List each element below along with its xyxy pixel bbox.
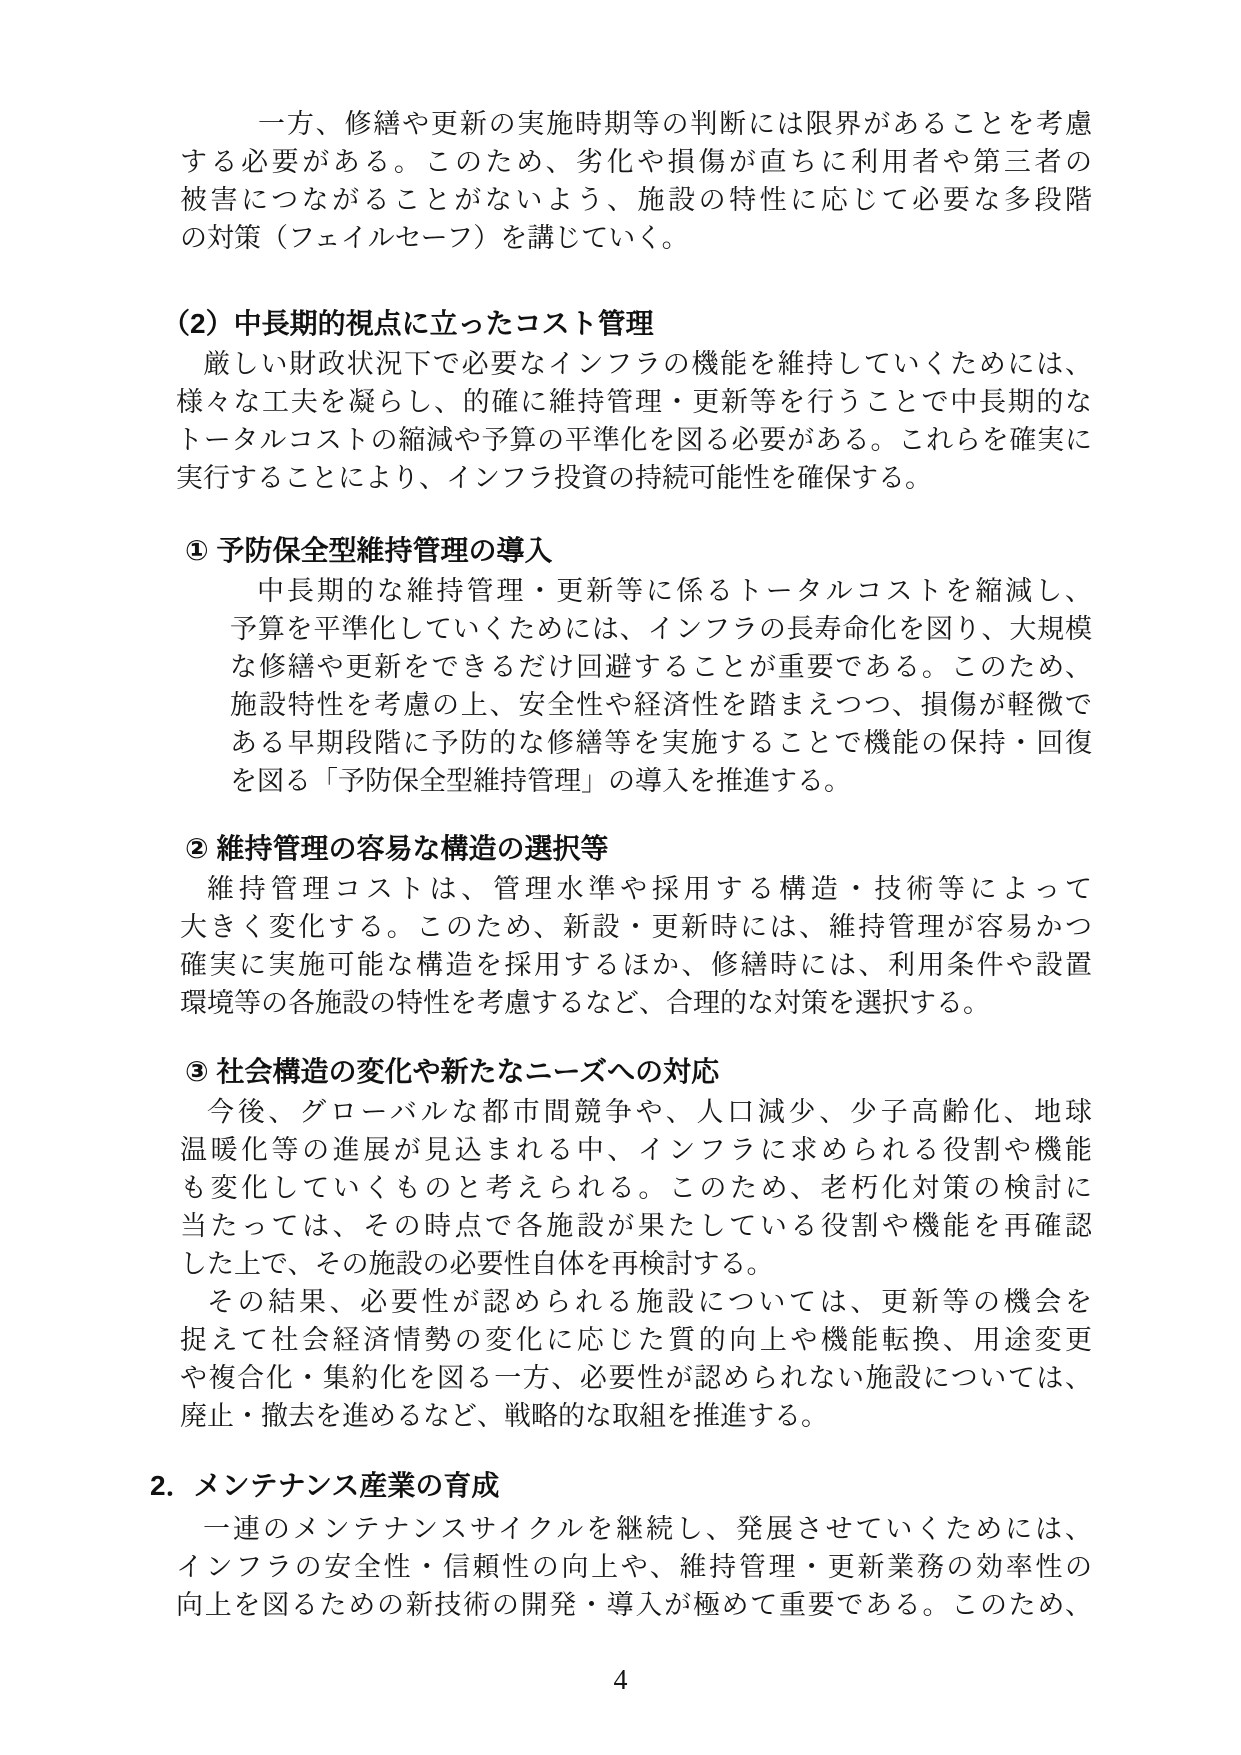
heading-item2-structure-selection: ② 維持管理の容易な構造の選択等 — [185, 830, 609, 868]
text-line: 当たっては、その時点で各施設が果たしている役割や機能を再確認 — [180, 1207, 1092, 1245]
heading-item3-social-change-needs: ③ 社会構造の変化や新たなニーズへの対応 — [185, 1053, 719, 1091]
text-line: ある早期段階に予防的な修繕等を実施することで機能の保持・回復 — [230, 724, 1092, 762]
text-line: 捉えて社会経済情勢の変化に応じた質的向上や機能転換、用途変更 — [180, 1321, 1092, 1359]
page-number: 4 — [0, 1662, 1241, 1700]
text-line: や複合化・集約化を図る一方、必要性が認められない施設については、 — [180, 1359, 1092, 1397]
text-line: 今後、グローバルな都市間競争や、人口減少、少子高齢化、地球 — [180, 1093, 1092, 1131]
paragraph-item1-preventive-maintenance: 中長期的な維持管理・更新等に係るトータルコストを縮減し、 予算を平準化していくた… — [230, 572, 1092, 800]
text-line: その結果、必要性が認められる施設については、更新等の機会を — [180, 1283, 1092, 1321]
paragraph-item3-reexamine-roles: 今後、グローバルな都市間競争や、人口減少、少子高齢化、地球 温暖化等の進展が見込… — [180, 1093, 1092, 1283]
text-line: 予算を平準化していくためには、インフラの長寿命化を図り、大規模 — [230, 610, 1092, 648]
text-line: 被害につながることがないよう、施設の特性に応じて必要な多段階 — [180, 181, 1092, 219]
paragraph-failsafe: 一方、修繕や更新の実施時期等の判断には限界があることを考慮 する必要がある。この… — [180, 105, 1092, 257]
text-line: トータルコストの縮減や予算の平準化を図る必要がある。これらを確実に — [176, 421, 1092, 459]
text-line: 向上を図るための新技術の開発・導入が極めて重要である。このため、 — [176, 1586, 1092, 1624]
paragraph-item3-strategic-actions: その結果、必要性が認められる施設については、更新等の機会を 捉えて社会経済情勢の… — [180, 1283, 1092, 1435]
text-line: した上で、その施設の必要性自体を再検討する。 — [180, 1245, 1092, 1283]
document-page: 一方、修繕や更新の実施時期等の判断には限界があることを考慮 する必要がある。この… — [0, 0, 1241, 1755]
text-line: 厳しい財政状況下で必要なインフラの機能を維持していくためには、 — [176, 345, 1092, 383]
text-line: 廃止・撤去を進めるなど、戦略的な取組を推進する。 — [180, 1397, 1092, 1435]
heading-item1-preventive-maintenance: ① 予防保全型維持管理の導入 — [185, 532, 553, 570]
text-line: 温暖化等の進展が見込まれる中、インフラに求められる役割や機能 — [180, 1131, 1092, 1169]
text-line: の対策（フェイルセーフ）を講じていく。 — [180, 219, 1092, 257]
heading-maintenance-industry: 2．メンテナンス産業の育成 — [150, 1467, 499, 1505]
text-line: 実行することにより、インフラ投資の持続可能性を確保する。 — [176, 459, 1092, 497]
text-line: 施設特性を考慮の上、安全性や経済性を踏まえつつ、損傷が軽微で — [230, 686, 1092, 724]
heading-cost-management: （2）中長期的視点に立ったコスト管理 — [162, 305, 654, 343]
text-line: インフラの安全性・信頼性の向上や、維持管理・更新業務の効率性の — [176, 1548, 1092, 1586]
text-line: も変化していくものと考えられる。このため、老朽化対策の検討に — [180, 1169, 1092, 1207]
text-line: 一連のメンテナンスサイクルを継続し、発展させていくためには、 — [176, 1510, 1092, 1548]
text-line: 大きく変化する。このため、新設・更新時には、維持管理が容易かつ — [180, 908, 1092, 946]
paragraph-cost-intro: 厳しい財政状況下で必要なインフラの機能を維持していくためには、 様々な工夫を凝ら… — [176, 345, 1092, 497]
text-line: 環境等の各施設の特性を考慮するなど、合理的な対策を選択する。 — [180, 984, 1092, 1022]
text-line: 確実に実施可能な構造を採用するほか、修繕時には、利用条件や設置 — [180, 946, 1092, 984]
text-line: 維持管理コストは、管理水準や採用する構造・技術等によって — [180, 870, 1092, 908]
text-line: 中長期的な維持管理・更新等に係るトータルコストを縮減し、 — [230, 572, 1092, 610]
paragraph-maintenance-intro: 一連のメンテナンスサイクルを継続し、発展させていくためには、 インフラの安全性・… — [176, 1510, 1092, 1624]
text-line: する必要がある。このため、劣化や損傷が直ちに利用者や第三者の — [180, 143, 1092, 181]
text-line: な修繕や更新をできるだけ回避することが重要である。このため、 — [230, 648, 1092, 686]
paragraph-item2-structure-selection: 維持管理コストは、管理水準や採用する構造・技術等によって 大きく変化する。このた… — [180, 870, 1092, 1022]
text-line: 様々な工夫を凝らし、的確に維持管理・更新等を行うことで中長期的な — [176, 383, 1092, 421]
text-line: 一方、修繕や更新の実施時期等の判断には限界があることを考慮 — [180, 105, 1092, 143]
text-line: を図る「予防保全型維持管理」の導入を推進する。 — [230, 762, 1092, 800]
